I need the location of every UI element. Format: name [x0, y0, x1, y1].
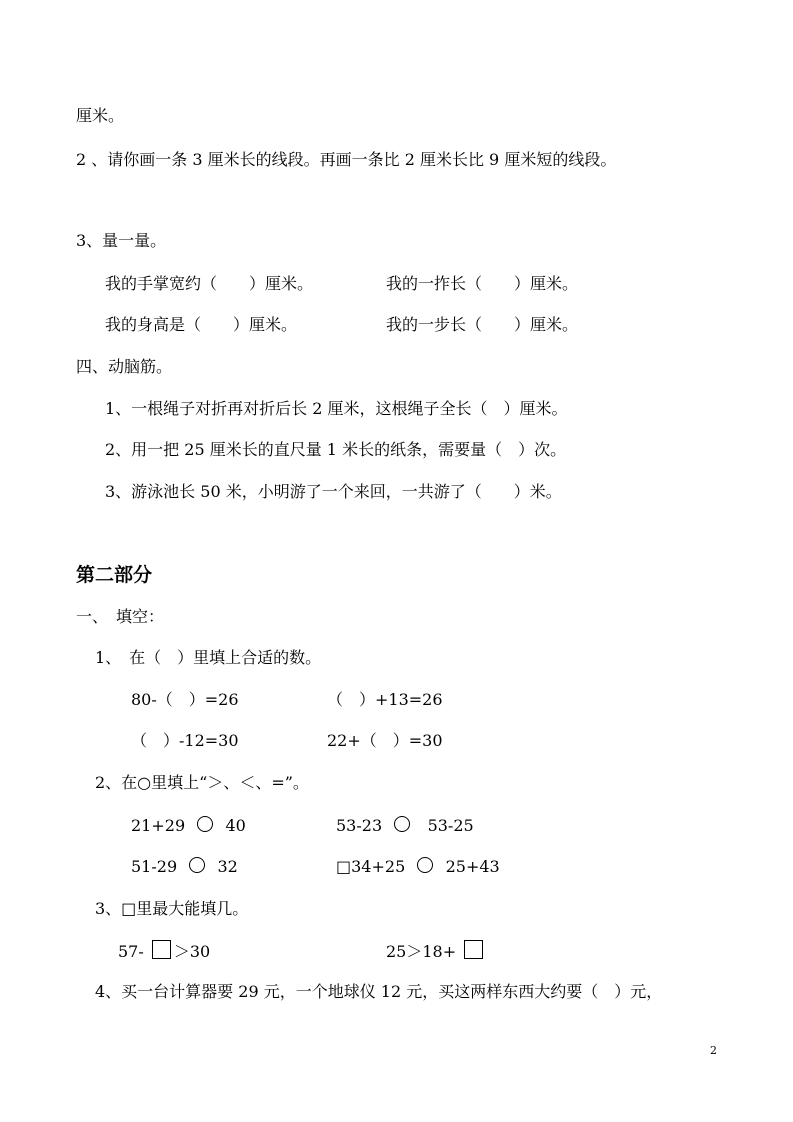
compare-c-right: 32 — [217, 857, 237, 876]
circle-blank-icon — [197, 816, 213, 832]
compare-b: 53-23 53-25 — [336, 816, 474, 836]
fill-1-eq-d: 22+（ ）=30 — [327, 731, 443, 751]
page-number: 2 — [710, 1044, 717, 1057]
fill-3-title: 3、□里最大能填几。 — [95, 899, 248, 919]
fill-1-eq-c: （ ）-12=30 — [131, 731, 239, 751]
circle-blank-icon — [417, 857, 433, 873]
fill-section-title: 一、 填空： — [76, 607, 164, 627]
question-2: 2 、请你画一条 3 厘米长的线段。再画一条比 2 厘米长比 9 厘米短的线段。 — [76, 150, 616, 170]
part-2-heading: 第二部分 — [76, 565, 152, 585]
fill-1-eq-a: 80-（ ）=26 — [131, 690, 239, 710]
circle-blank-icon — [189, 857, 205, 873]
question-3-title: 3、量一量。 — [76, 231, 166, 251]
compare-d: □34+25 25+43 — [336, 857, 500, 877]
compare-a-right: 40 — [225, 816, 245, 835]
compare-a: 21+29 40 — [131, 816, 246, 836]
fill-2-title: 2、在○里填上“＞、＜、=”。 — [95, 773, 309, 793]
max-fill-b: 25＞18+ — [386, 940, 486, 962]
fill-1-title: 1、 在（ ）里填上合适的数。 — [95, 648, 321, 668]
section-4-item-1: 1、一根绳子对折再对折后长 2 厘米，这根绳子全长（ ）厘米。 — [105, 399, 568, 419]
fill-1-eq-b: （ ）+13=26 — [327, 690, 443, 710]
fill-4: 4、买一台计算器要 29 元，一个地球仪 12 元，买这两样东西大约要（ ）元， — [95, 982, 662, 1002]
max-fill-a-right: ＞30 — [174, 942, 210, 961]
question-3-item-c: 我的身高是（ ）厘米。 — [105, 315, 297, 335]
square-blank-icon — [152, 940, 171, 959]
compare-c: 51-29 32 — [131, 857, 238, 877]
max-fill-b-left: 25＞18+ — [386, 942, 456, 961]
compare-c-left: 51-29 — [131, 857, 177, 876]
section-4-item-3: 3、游泳池长 50 米，小明游了一个来回，一共游了（ ）米。 — [105, 482, 562, 502]
compare-b-right: 53-25 — [428, 816, 474, 835]
compare-b-left: 53-23 — [336, 816, 382, 835]
question-3-item-b: 我的一拃长（ ）厘米。 — [386, 274, 578, 294]
max-fill-a-left: 57- — [118, 942, 144, 961]
circle-blank-icon — [394, 816, 410, 832]
max-fill-a: 57- ＞30 — [118, 940, 210, 962]
section-4-title: 四、动脑筋。 — [76, 357, 172, 377]
question-3-item-d: 我的一步长（ ）厘米。 — [386, 315, 578, 335]
compare-d-right: 25+43 — [446, 857, 500, 876]
section-4-item-2: 2、用一把 25 厘米长的直尺量 1 米长的纸条，需要量（ ）次。 — [105, 440, 566, 460]
compare-a-left: 21+29 — [131, 816, 185, 835]
square-blank-icon — [464, 940, 483, 959]
compare-d-left: □34+25 — [336, 857, 405, 876]
continuation-text: 厘米。 — [76, 106, 124, 126]
question-3-item-a: 我的手掌宽约（ ）厘米。 — [105, 274, 313, 294]
